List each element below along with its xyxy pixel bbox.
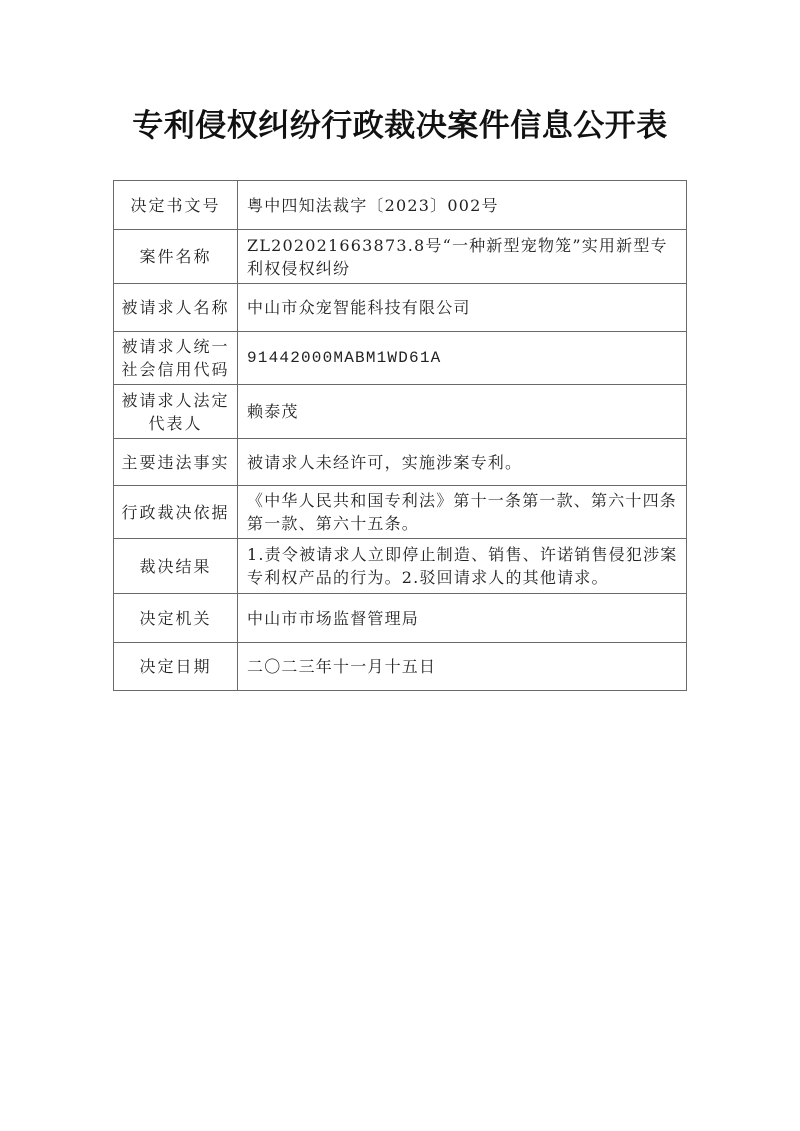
value-legal-representative: 赖泰茂 [238, 385, 687, 439]
label-credit-code: 被请求人统一社会信用代码 [114, 332, 238, 385]
table-row-decision-date: 决定日期 二〇二三年十一月十五日 [114, 643, 687, 691]
table-row-case-name: 案件名称 ZL202021663873.8号“一种新型宠物笼”实用新型专利权侵权… [114, 230, 687, 284]
value-deciding-authority: 中山市市场监督管理局 [238, 594, 687, 643]
label-violation-facts: 主要违法事实 [114, 439, 238, 486]
label-legal-basis: 行政裁决依据 [114, 486, 238, 539]
value-decision-number: 粤中四知法裁字〔2023〕002号 [238, 181, 687, 230]
value-violation-facts: 被请求人未经许可，实施涉案专利。 [238, 439, 687, 486]
label-decision-number: 决定书文号 [114, 181, 238, 230]
value-decision-date: 二〇二三年十一月十五日 [238, 643, 687, 691]
value-credit-code: 91442000MABM1WD61A [238, 332, 687, 385]
label-decision-date: 决定日期 [114, 643, 238, 691]
table-row-ruling-result: 裁决结果 1.责令被请求人立即停止制造、销售、许诺销售侵犯涉案专利权产品的行为。… [114, 539, 687, 594]
value-case-name: ZL202021663873.8号“一种新型宠物笼”实用新型专利权侵权纠纷 [238, 230, 687, 284]
table-row-legal-basis: 行政裁决依据 《中华人民共和国专利法》第十一条第一款、第六十四条第一款、第六十五… [114, 486, 687, 539]
table-row-deciding-authority: 决定机关 中山市市场监督管理局 [114, 594, 687, 643]
table-row-legal-representative: 被请求人法定代表人 赖泰茂 [114, 385, 687, 439]
case-info-table: 决定书文号 粤中四知法裁字〔2023〕002号 案件名称 ZL202021663… [113, 180, 687, 691]
table-row-credit-code: 被请求人统一社会信用代码 91442000MABM1WD61A [114, 332, 687, 385]
page-title: 专利侵权纠纷行政裁决案件信息公开表 [0, 104, 800, 148]
table-row-violation-facts: 主要违法事实 被请求人未经许可，实施涉案专利。 [114, 439, 687, 486]
table-row-respondent-name: 被请求人名称 中山市众宠智能科技有限公司 [114, 284, 687, 332]
label-ruling-result: 裁决结果 [114, 539, 238, 594]
table-row-decision-number: 决定书文号 粤中四知法裁字〔2023〕002号 [114, 181, 687, 230]
label-legal-representative: 被请求人法定代表人 [114, 385, 238, 439]
label-case-name: 案件名称 [114, 230, 238, 284]
label-deciding-authority: 决定机关 [114, 594, 238, 643]
value-ruling-result: 1.责令被请求人立即停止制造、销售、许诺销售侵犯涉案专利权产品的行为。2.驳回请… [238, 539, 687, 594]
label-respondent-name: 被请求人名称 [114, 284, 238, 332]
value-legal-basis: 《中华人民共和国专利法》第十一条第一款、第六十四条第一款、第六十五条。 [238, 486, 687, 539]
value-respondent-name: 中山市众宠智能科技有限公司 [238, 284, 687, 332]
